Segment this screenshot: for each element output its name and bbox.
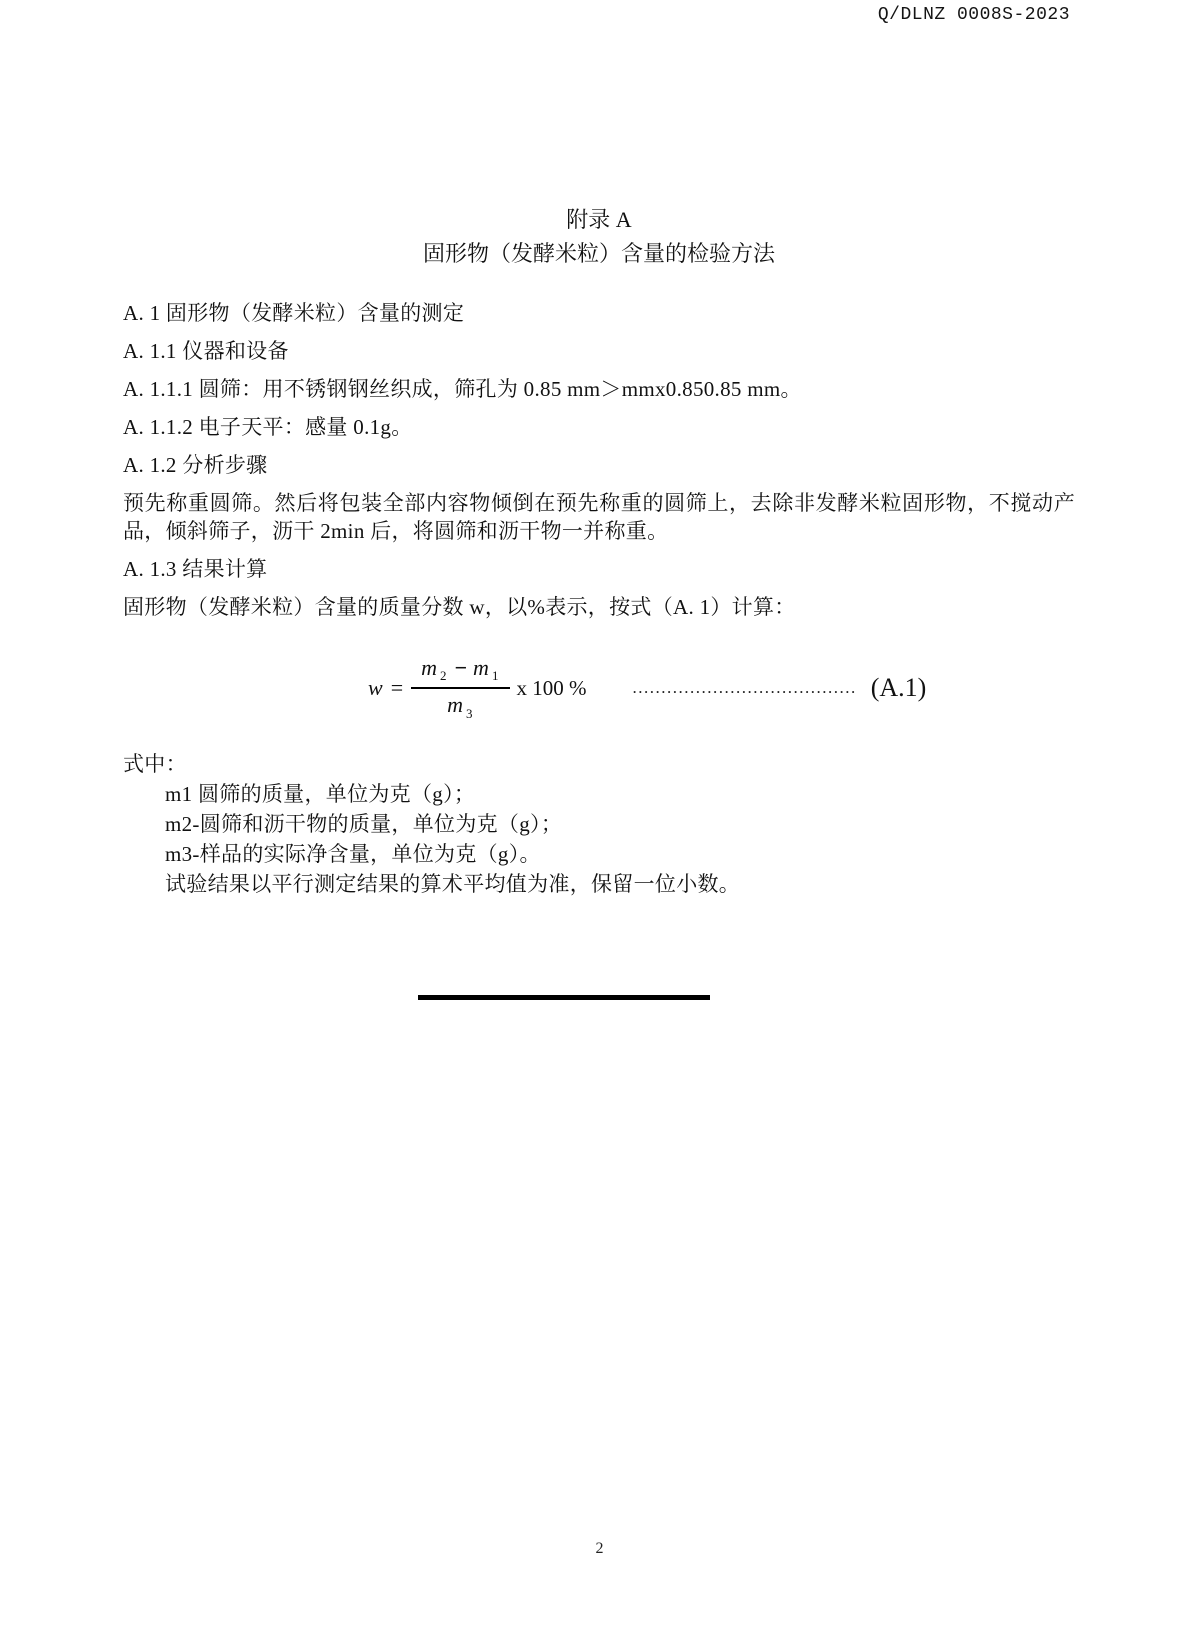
- where-m1: m1 圆筛的质量，单位为克（g）；: [123, 780, 1075, 808]
- formula-a1: w = m2−m1 m3 x 100 % ...................…: [368, 655, 1075, 722]
- formula-multiplier: x 100 %: [516, 676, 586, 701]
- procedure-paragraph: 预先称重圆筛。然后将包装全部内容物倾倒在预先称重的圆筛上，去除非发酵米粒固形物，…: [123, 489, 1075, 545]
- formula-equals: =: [391, 675, 403, 701]
- formula-leader-dots: .......................................: [632, 678, 856, 698]
- where-intro: 式中：: [123, 750, 1075, 778]
- document-page: Q/DLNZ 0008S-2023 附录 A 固形物（发酵米粒）含量的检验方法 …: [0, 0, 1199, 1649]
- section-a12-heading: A. 1.2 分析步骤: [123, 451, 1075, 479]
- denominator-var: m: [447, 692, 463, 717]
- where-m3: m3-样品的实际净含量，单位为克（g）。: [123, 840, 1075, 868]
- formula-label: (A.1): [871, 673, 927, 703]
- where-m2: m2-圆筛和沥干物的质量，单位为克（g）；: [123, 810, 1075, 838]
- numerator-sub-a: 2: [440, 668, 447, 683]
- appendix-subtitle: 固形物（发酵米粒）含量的检验方法: [123, 239, 1075, 269]
- numerator-var-a: m: [421, 655, 437, 680]
- formula-numerator: m2−m1: [411, 655, 510, 687]
- page-number: 2: [0, 1540, 1199, 1558]
- section-a1-heading: A. 1 固形物（发酵米粒）含量的测定: [123, 299, 1075, 327]
- formula-lhs: w: [368, 675, 383, 701]
- clause-a112: A. 1.1.2 电子天平：感量 0.1g。: [123, 413, 1075, 441]
- result-note: 试验结果以平行测定结果的算术平均值为准，保留一位小数。: [123, 870, 1075, 898]
- doc-number: Q/DLNZ 0008S-2023: [878, 5, 1070, 25]
- formula-fraction: m2−m1 m3: [411, 655, 510, 722]
- formula-denominator: m3: [411, 687, 510, 721]
- section-a11-heading: A. 1.1 仪器和设备: [123, 337, 1075, 365]
- numerator-sub-b: 1: [492, 668, 499, 683]
- document-content: 附录 A 固形物（发酵米粒）含量的检验方法 A. 1 固形物（发酵米粒）含量的测…: [123, 205, 1075, 900]
- footer-divider: [418, 995, 710, 1000]
- appendix-title: 附录 A: [123, 205, 1075, 235]
- minus-sign: −: [455, 655, 468, 680]
- section-a13-heading: A. 1.3 结果计算: [123, 555, 1075, 583]
- denominator-sub: 3: [466, 706, 473, 721]
- numerator-var-b: m: [473, 655, 489, 680]
- calculation-intro: 固形物（发酵米粒）含量的质量分数 w，以%表示，按式（A. 1）计算：: [123, 593, 1075, 621]
- clause-a111: A. 1.1.1 圆筛：用不锈钢钢丝织成，筛孔为 0.85 mm＞mmx0.85…: [123, 375, 1075, 403]
